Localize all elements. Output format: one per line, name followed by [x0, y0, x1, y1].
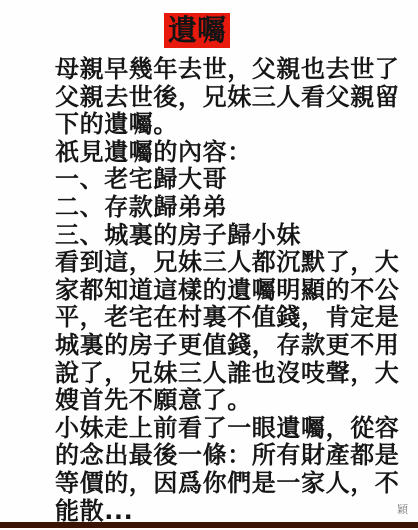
text-line: 等價的，因爲你們是一家人，不 — [55, 470, 411, 498]
text-line: 嫂首先不願意了。 — [55, 387, 411, 415]
text-line: 看到這，兄妹三人都沉默了，大 — [55, 249, 411, 277]
text-line-list-item: 二、存款歸弟弟 — [55, 194, 411, 222]
page-title: 遺囑 — [164, 13, 230, 48]
text-line: 家都知道這樣的遺囑明顯的不公 — [55, 277, 411, 305]
text-line: 小妹走上前看了一眼遺囑，從容 — [55, 415, 411, 443]
bottom-bar — [0, 522, 418, 528]
text-line: 平，老宅在村裏不值錢，肯定是 — [55, 304, 411, 332]
text-line-list-item: 一、老宅歸大哥 — [55, 166, 411, 194]
text-line: 城裏的房子更值錢，存款更不用 — [55, 332, 411, 360]
text-line: 能散... — [55, 498, 411, 526]
story-text: 母親早幾年去世，父親也去世了 父親去世後，兄妹三人看父親留 下的遺囑。 祇見遺囑… — [55, 56, 411, 525]
text-line: 父親去世後，兄妹三人看父親留 — [55, 84, 411, 112]
text-line: 的念出最後一條：所有財產都是 — [55, 442, 411, 470]
watermark: 穎 — [397, 503, 408, 516]
text-line: 母親早幾年去世，父親也去世了 — [55, 56, 411, 84]
text-line: 下的遺囑。 — [55, 111, 411, 139]
document-page: 遺囑 母親早幾年去世，父親也去世了 父親去世後，兄妹三人看父親留 下的遺囑。 祇… — [0, 0, 418, 530]
text-line-list-item: 三、城裏的房子歸小妹 — [55, 222, 411, 250]
text-line: 說了，兄妹三人誰也沒吱聲，大 — [55, 360, 411, 388]
text-line: 祇見遺囑的內容： — [55, 139, 411, 167]
